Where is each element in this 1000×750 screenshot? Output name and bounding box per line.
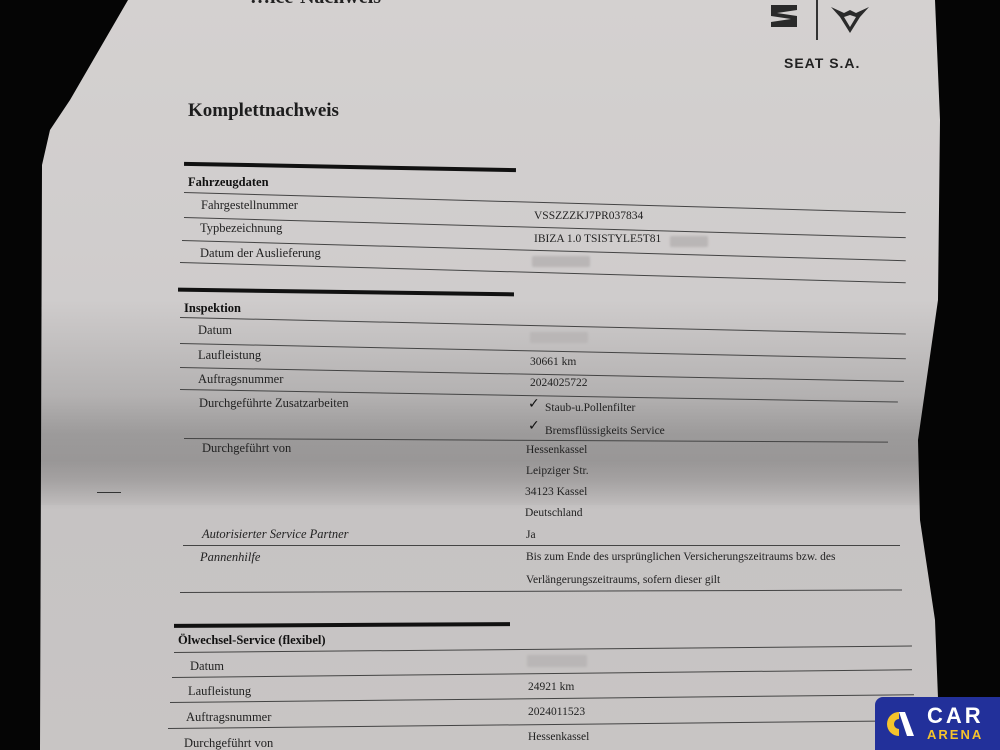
- brand-name: SEAT S.A.: [784, 55, 860, 71]
- checkmark-icon: ✓: [528, 418, 540, 434]
- value-dealer-street: Leipziger Str.: [526, 465, 589, 477]
- value-dealer-country: Deutschland: [525, 507, 582, 519]
- label-additional-work: Durchgeführte Zusatzarbeiten: [199, 396, 349, 411]
- value-additional-work-1: Staub-u.Pollenfilter: [545, 402, 635, 414]
- redacted-oil-date: [527, 655, 587, 667]
- redacted-delivery-date: [532, 256, 590, 267]
- seat-logo-icon: [769, 3, 799, 29]
- label-oil-mileage: Laufleistung: [188, 684, 251, 699]
- label-oil-performed-by: Durchgeführt von: [184, 736, 273, 750]
- value-oil-order: 2024011523: [528, 706, 585, 718]
- page-title: Komplettnachweis: [188, 100, 339, 122]
- value-inspection-order: 2024025722: [530, 377, 588, 389]
- logo-divider: [816, 0, 818, 40]
- value-breakdown-line-2: Verlängerungszeitraums, sofern dieser gi…: [526, 574, 720, 586]
- value-additional-work-2: Bremsflüssigkeits Service: [545, 425, 665, 437]
- section-title-vehicle: Fahrzeugdaten: [188, 175, 269, 190]
- brand-logos: SEAT S.A.: [760, 0, 880, 80]
- margin-mark: [97, 492, 121, 493]
- label-inspection-date: Datum: [198, 323, 232, 338]
- value-oil-performed-by: Hessenkassel: [528, 731, 589, 743]
- section-title-oil-service: Ölwechsel-Service (flexibel): [178, 633, 326, 648]
- section-title-inspection: Inspektion: [184, 301, 241, 316]
- redacted-inspection-date: [530, 332, 588, 343]
- label-oil-order: Auftragsnummer: [186, 710, 271, 725]
- row-divider: [183, 545, 900, 546]
- checkmark-icon: ✓: [528, 396, 540, 412]
- value-oil-mileage: 24921 km: [528, 681, 574, 693]
- label-authorized-partner: Autorisierter Service Partner: [202, 527, 349, 542]
- value-breakdown-line-1: Bis zum Ende des ursprünglichen Versiche…: [526, 551, 835, 563]
- redacted-type-suffix: [670, 236, 708, 247]
- value-authorized-partner: Ja: [526, 529, 536, 541]
- label-inspection-order: Auftragsnummer: [198, 372, 283, 387]
- watermark-line-1: CAR: [927, 703, 984, 729]
- label-inspection-mileage: Laufleistung: [198, 348, 261, 363]
- value-type: IBIZA 1.0 TSISTYLE5T81: [534, 233, 661, 245]
- label-type: Typbezeichnung: [200, 221, 282, 236]
- label-performed-by: Durchgeführt von: [202, 441, 291, 456]
- car-arena-logo-icon: [885, 709, 915, 739]
- cupra-logo-icon: [830, 5, 870, 35]
- value-dealer-name: Hessenkassel: [526, 444, 587, 456]
- label-delivery-date: Datum der Auslieferung: [200, 246, 321, 261]
- value-dealer-city: 34123 Kassel: [525, 486, 587, 498]
- label-breakdown-assistance: Pannenhilfe: [200, 550, 260, 565]
- value-vin: VSSZZZKJ7PR037834: [534, 210, 643, 222]
- cut-off-heading: …ice-Nachweis: [250, 0, 381, 9]
- label-vin: Fahrgestellnummer: [201, 198, 298, 213]
- car-arena-watermark: CAR ARENA: [875, 697, 1000, 750]
- document-paper: [0, 0, 1000, 750]
- label-oil-date: Datum: [190, 659, 224, 674]
- watermark-line-2: ARENA: [927, 727, 983, 742]
- value-inspection-mileage: 30661 km: [530, 356, 576, 368]
